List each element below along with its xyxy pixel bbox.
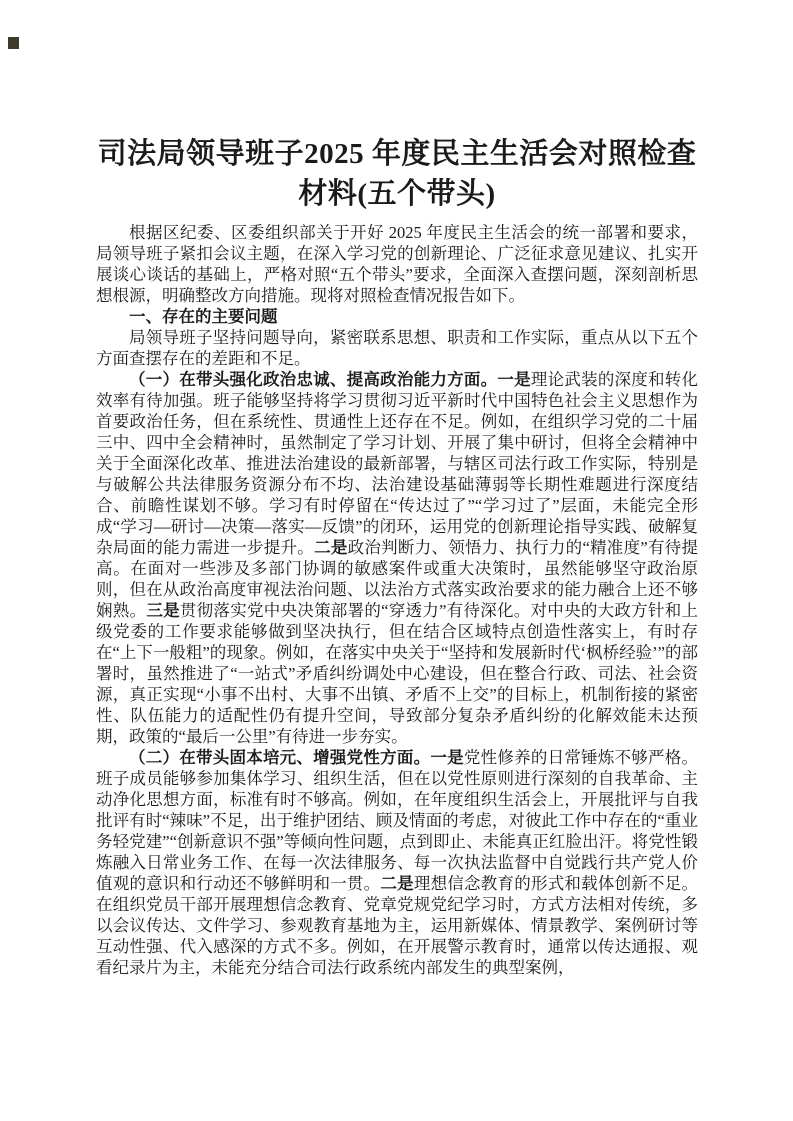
item-2-head: （二）在带头固本培元、增强党性方面。 bbox=[129, 748, 430, 767]
item-1-point-3-label: 三是 bbox=[146, 601, 180, 620]
item-1-point-1-label: 一是 bbox=[497, 370, 531, 389]
item-1-point-2-label: 二是 bbox=[314, 538, 348, 557]
section-1-lead-paragraph: 局领导班子坚持问题导向，紧密联系思想、职责和工作实际，重点从以下五个方面查摆存在… bbox=[96, 327, 698, 369]
item-2-point-1-label: 一是 bbox=[430, 748, 464, 767]
item-2-point-2-label: 二是 bbox=[380, 874, 413, 893]
document-content: 司法局领导班子2025 年度民主生活会对照检查材料(五个带头) 根据区纪委、区委… bbox=[96, 134, 698, 978]
item-2-point-1-text: 党性修养的日常锤炼不够严格。班子成员能够参加集体学习、组织生活，但在以党性原则进… bbox=[96, 748, 698, 893]
item-2-paragraph: （二）在带头固本培元、增强党性方面。一是党性修养的日常锤炼不够严格。班子成员能够… bbox=[96, 747, 698, 978]
item-1-head: （一）在带头强化政治忠诚、提高政治能力方面。 bbox=[129, 370, 497, 389]
corner-mark bbox=[8, 37, 19, 49]
section-1-heading: 一、存在的主要问题 bbox=[96, 306, 698, 327]
document-title: 司法局领导班子2025 年度民主生活会对照检查材料(五个带头) bbox=[96, 134, 698, 214]
item-1-point-3-text: 贯彻落实党中央决策部署的“穿透力”有待深化。对中央的大政方针和上级党委的工作要求… bbox=[96, 601, 698, 746]
item-1-paragraph: （一）在带头强化政治忠诚、提高政治能力方面。一是理论武装的深度和转化效率有待加强… bbox=[96, 369, 698, 747]
document-page: 司法局领导班子2025 年度民主生活会对照检查材料(五个带头) 根据区纪委、区委… bbox=[0, 0, 793, 1121]
item-1-point-1-text: 理论武装的深度和转化效率有待加强。班子能够坚持将学习贯彻习近平新时代中国特色社会… bbox=[96, 370, 698, 557]
section-1-lead-text: 局领导班子坚持问题导向，紧密联系思想、职责和工作实际，重点从以下五个方面查摆存在… bbox=[96, 328, 698, 368]
intro-paragraph: 根据区纪委、区委组织部关于开好 2025 年度民主生活会的统一部署和要求，局领导… bbox=[96, 222, 698, 306]
intro-text: 根据区纪委、区委组织部关于开好 2025 年度民主生活会的统一部署和要求，局领导… bbox=[96, 223, 698, 305]
